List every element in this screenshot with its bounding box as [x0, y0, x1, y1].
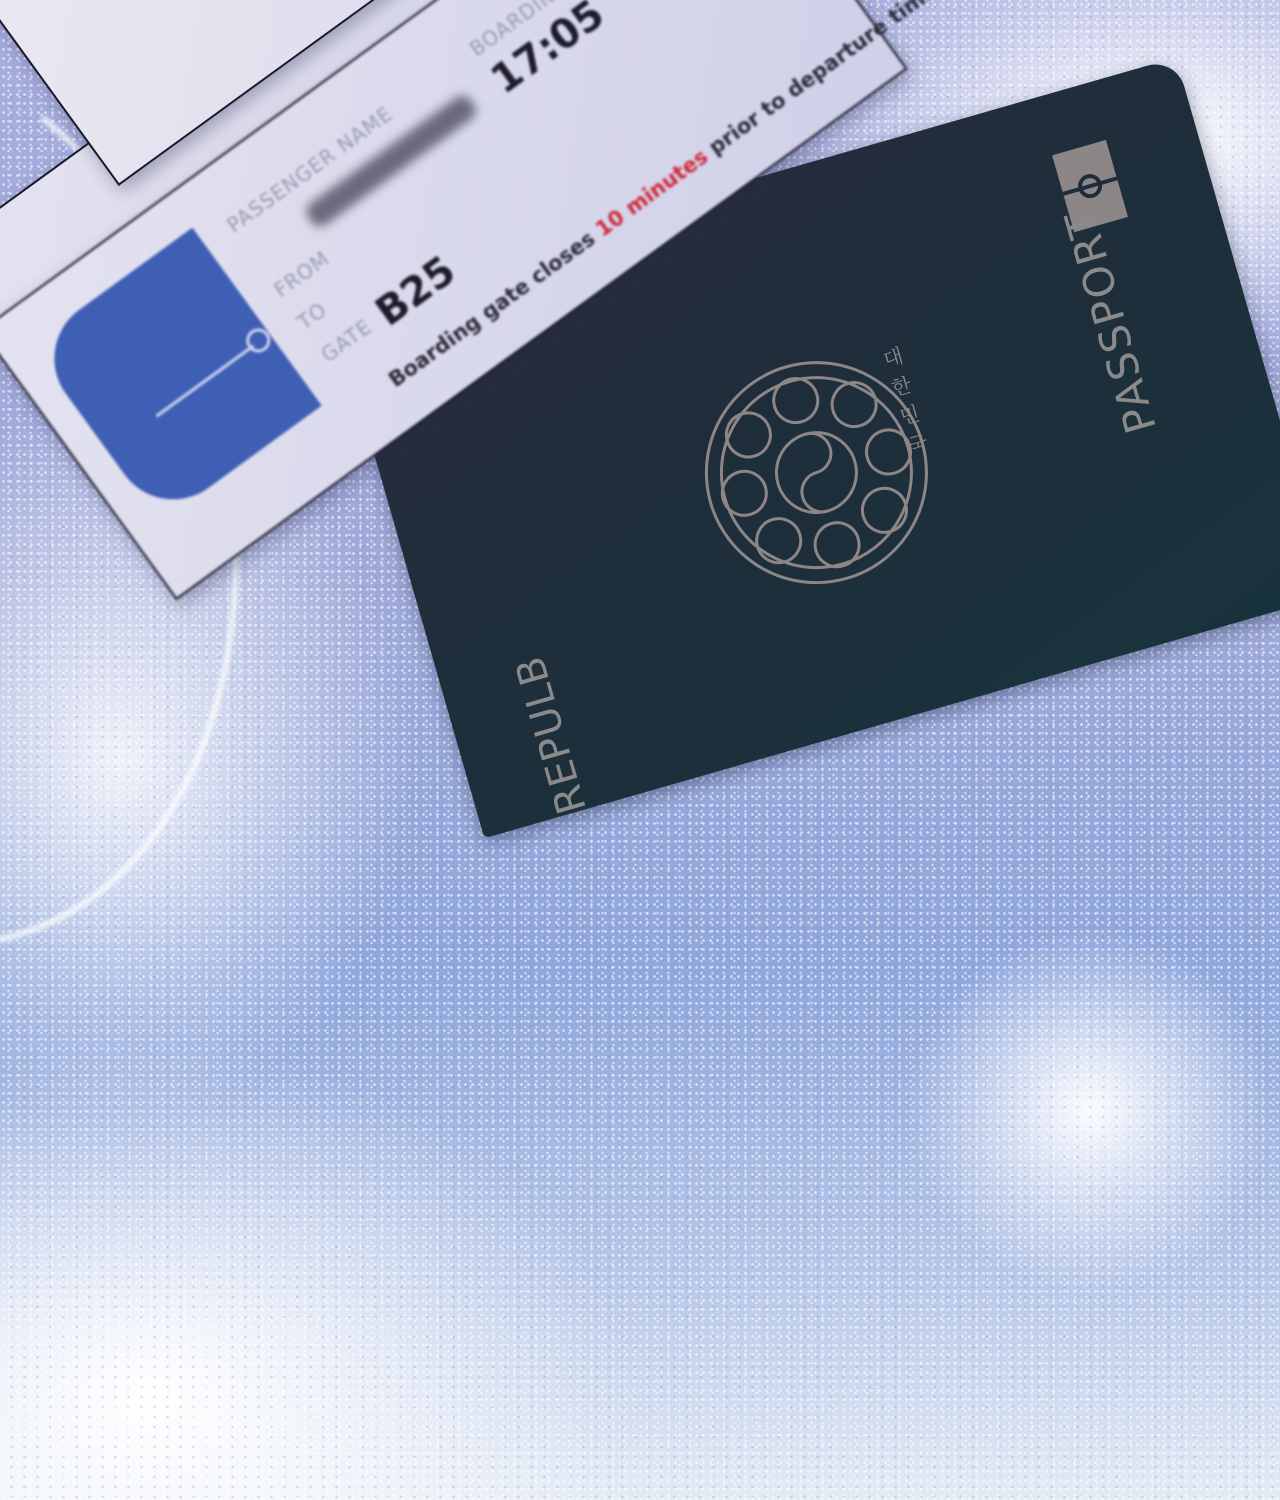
- national-emblem-icon: [668, 324, 965, 621]
- flight-path-icon: [156, 345, 255, 418]
- gate-value: B25: [367, 248, 464, 336]
- passport-title: PASSPORT: [1055, 203, 1166, 438]
- from-label: FROM: [270, 246, 335, 302]
- gate-label: GATE: [317, 314, 377, 367]
- to-label: TO: [293, 298, 331, 335]
- passport-country: REPULB: [507, 650, 596, 819]
